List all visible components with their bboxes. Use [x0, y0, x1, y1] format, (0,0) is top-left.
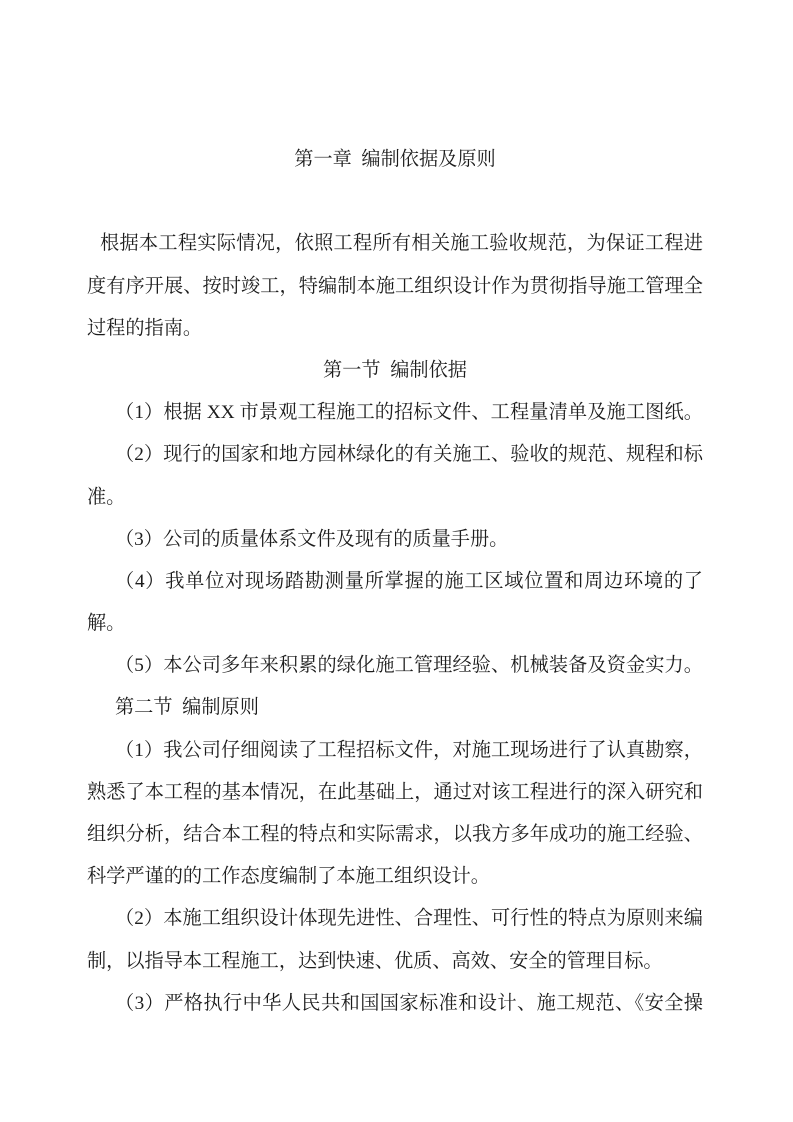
document-content: 第一章 编制依据及原则 根据本工程实际情况，依照工程所有相关施工验收规范，为保证… — [87, 139, 703, 1025]
section1-item-1: （1）根据 XX 市景观工程施工的招标文件、工程量清单及施工图纸。 — [87, 392, 703, 434]
section1-item-5: （5）本公司多年来积累的绿化施工管理经验、机械装备及资金实力。 — [87, 645, 703, 687]
section2-item-1-continuation-3: 科学严谨的的工作态度编制了本施工组织设计。 — [87, 856, 703, 898]
section2-item-1-continuation-1: 熟悉了本工程的基本情况，在此基础上，通过对该工程进行的深入研究和 — [87, 772, 703, 814]
section2-item-3: （3）严格执行中华人民共和国国家标准和设计、施工规范、《安全操 — [87, 983, 703, 1025]
blank-line — [87, 181, 703, 223]
section2-item-2: （2）本施工组织设计体现先进性、合理性、可行性的特点为原则来编 — [87, 898, 703, 940]
section2-item-2-continuation: 制，以指导本工程施工，达到快速、优质、高效、安全的管理目标。 — [87, 941, 703, 983]
section1-item-4: （4）我单位对现场踏勘测量所掌握的施工区域位置和周边环境的了 — [87, 561, 703, 603]
document-page: 第一章 编制依据及原则 根据本工程实际情况，依照工程所有相关施工验收规范，为保证… — [0, 0, 793, 1122]
section2-heading: 第二节 编制原则 — [87, 687, 703, 729]
intro-paragraph-line-1: 根据本工程实际情况，依照工程所有相关施工验收规范，为保证工程进 — [87, 223, 703, 265]
section1-item-2-continuation: 准。 — [87, 477, 703, 519]
section1-heading: 第一节 编制依据 — [87, 350, 703, 392]
section1-item-2: （2）现行的国家和地方园林绿化的有关施工、验收的规范、规程和标 — [87, 434, 703, 476]
chapter-title: 第一章 编制依据及原则 — [87, 139, 703, 181]
section2-item-1: （1）我公司仔细阅读了工程招标文件，对施工现场进行了认真勘察， — [87, 730, 703, 772]
section1-item-3: （3）公司的质量体系文件及现有的质量手册。 — [87, 519, 703, 561]
intro-paragraph-line-3: 过程的指南。 — [87, 308, 703, 350]
section2-item-1-continuation-2: 组织分析，结合本工程的特点和实际需求，以我方多年成功的施工经验、 — [87, 814, 703, 856]
intro-paragraph-line-2: 度有序开展、按时竣工，特编制本施工组织设计作为贯彻指导施工管理全 — [87, 266, 703, 308]
section1-item-4-continuation: 解。 — [87, 603, 703, 645]
